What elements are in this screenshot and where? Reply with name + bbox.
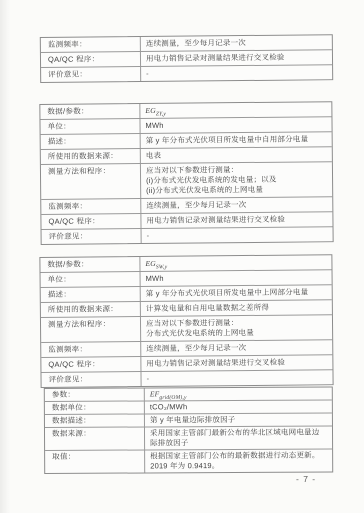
table-row: 单位：MWh <box>41 269 332 287</box>
table-row: 监测频率：连续测量，至少每月记录一次 <box>41 35 332 52</box>
row-value: 电表 <box>141 147 332 163</box>
table-row: 取值：根据国家主管部门公布的最新数据进行动态更新。2019 年为 0.9419。 <box>45 448 332 473</box>
table-row: 监测频率：连续测量，至少每月记录一次 <box>41 339 332 357</box>
parameter-symbol: EFgrid(OM),y <box>150 389 187 398</box>
row-label: 数据描述： <box>45 414 145 427</box>
row-label: 数据来源： <box>45 427 145 450</box>
row-label: 描述： <box>41 134 141 149</box>
row-value: 用电力销售记录对测量结果进行交叉检验 <box>141 355 332 371</box>
table-row: 数据单位：tCO₂/MWh <box>45 399 332 414</box>
row-value: EFgrid(OM),y <box>145 387 332 400</box>
table-row: 评价意见：- <box>41 369 332 387</box>
page-number: - 7 - <box>296 474 316 484</box>
row-value: - <box>141 65 332 81</box>
self-use-electricity-parameter-table: 数据/参数：EGZY,y单位：MWh描述：第 y 年分布式光伏项目所发电量中自用… <box>39 101 333 245</box>
table-row: 参数：EFgrid(OM),y <box>45 387 332 401</box>
row-label: 参数： <box>45 388 145 401</box>
row-label: 监测频率： <box>41 37 141 52</box>
table-row: 数据描述：第 y 年电量边际排放因子 <box>45 412 332 427</box>
row-value: 采用国家主管部门最新公布的华北区域电网电量边际排放因子 <box>145 426 332 449</box>
table-row: 评价意见：- <box>41 64 332 82</box>
row-label: 评价意见： <box>41 372 141 387</box>
table-row: 数据来源：采用国家主管部门最新公布的华北区域电网电量边际排放因子 <box>45 425 332 450</box>
row-value: MWh <box>141 270 332 286</box>
row-value: 计算发电量和自用电量数据之差所得 <box>141 300 332 316</box>
row-label: 数据/参数： <box>40 104 140 119</box>
row-value: 应当对以下参数进行测量： (i)分布式光伏发电系统的发电量；以及 (ii)分布式… <box>141 162 332 198</box>
table-row: 描述：第 y 年分布式光伏项目所发电量中上网部分电量 <box>41 284 332 302</box>
table-row: 监测频率：连续测量，至少每月记录一次 <box>41 196 332 214</box>
table-row: 所使用的数据来源：计算发电量和自用电量数据之差所得 <box>41 299 332 317</box>
parameter-symbol: EGZY,y <box>145 106 166 115</box>
table-row: 测量方法和程序：应当对以下参数进行测量： (i)分布式光伏发电系统的发电量；以及… <box>41 161 332 199</box>
row-value: EGZY,y <box>140 102 331 118</box>
row-value: 连续测量，至少每月记录一次 <box>141 35 332 51</box>
row-label: 单位： <box>40 119 140 134</box>
table-row: 数据/参数：EGSW,y <box>40 255 331 272</box>
row-value: tCO₂/MWh <box>145 400 332 413</box>
table-row: QA/QC 程序：用电力销售记录对测量结果进行交叉检验 <box>41 354 332 372</box>
row-label: 监测频率： <box>41 199 141 214</box>
row-label: 测量方法和程序： <box>41 164 141 199</box>
row-label: 评价意见： <box>41 67 141 82</box>
table-row: 评价意见：- <box>42 226 333 244</box>
table-row: QA/QC 程序：用电力销售记录对测量结果进行交叉检验 <box>41 211 332 229</box>
monitoring-parameter-tail-table: 监测频率：连续测量，至少每月记录一次QA/QC 程序：用电力销售记录对测量结果进… <box>40 34 333 83</box>
row-label: 数据单位： <box>45 401 145 414</box>
scan-edge-shadow <box>0 0 10 513</box>
grid-export-electricity-parameter-table: 数据/参数：EGSW,y单位：MWh描述：第 y 年分布式光伏项目所发电量中上网… <box>39 254 333 388</box>
table-row: QA/QC 程序：用电力销售记录对测量结果进行交叉检验 <box>41 49 332 67</box>
row-value: 用电力销售记录对测量结果进行交叉检验 <box>141 50 332 66</box>
row-label: 测量方法和程序： <box>41 317 141 342</box>
table-row: 单位：MWh <box>40 116 331 134</box>
table-row: 所使用的数据来源：电表 <box>41 146 332 164</box>
table-row: 描述：第 y 年分布式光伏项目所发电量中自用部分电量 <box>41 131 332 149</box>
table-row: 数据/参数：EGZY,y <box>40 102 331 119</box>
row-value: MWh <box>140 117 331 133</box>
row-label: 所使用的数据来源： <box>41 302 141 317</box>
table-row: 测量方法和程序：应当对以下参数进行测量： 分布式光伏发电系统的上网电量 <box>41 314 332 342</box>
row-value: 第 y 年电量边际排放因子 <box>145 413 332 426</box>
row-value: - <box>142 227 333 243</box>
row-label: 监测频率： <box>41 342 141 357</box>
row-label: 单位： <box>41 272 141 287</box>
row-label: 所使用的数据来源： <box>41 149 141 164</box>
row-label: 评价意见： <box>42 229 142 244</box>
row-value: - <box>141 370 332 386</box>
row-value: 连续测量，至少每月记录一次 <box>141 340 332 356</box>
row-value: 第 y 年分布式光伏项目所发电量中上网部分电量 <box>141 285 332 301</box>
row-value: 根据国家主管部门公布的最新数据进行动态更新。2019 年为 0.9419。 <box>145 449 332 472</box>
parameter-symbol: EGSW,y <box>145 259 167 268</box>
row-label: QA/QC 程序： <box>41 52 141 67</box>
row-label: QA/QC 程序： <box>41 214 141 229</box>
row-label: 取值： <box>45 450 145 473</box>
row-value: 第 y 年分布式光伏项目所发电量中自用部分电量 <box>141 132 332 148</box>
row-value: 连续测量，至少每月记录一次 <box>141 197 332 213</box>
row-value: 用电力销售记录对测量结果进行交叉检验 <box>141 212 332 228</box>
row-label: 描述： <box>41 287 141 302</box>
row-value: 应当对以下参数进行测量： 分布式光伏发电系统的上网电量 <box>141 315 332 341</box>
emission-factor-parameter-table: 参数：EFgrid(OM),y数据单位：tCO₂/MWh数据描述：第 y 年电量… <box>44 386 333 474</box>
row-value: EGSW,y <box>140 255 331 271</box>
row-label: 数据/参数： <box>40 257 140 272</box>
row-label: QA/QC 程序： <box>41 357 141 372</box>
